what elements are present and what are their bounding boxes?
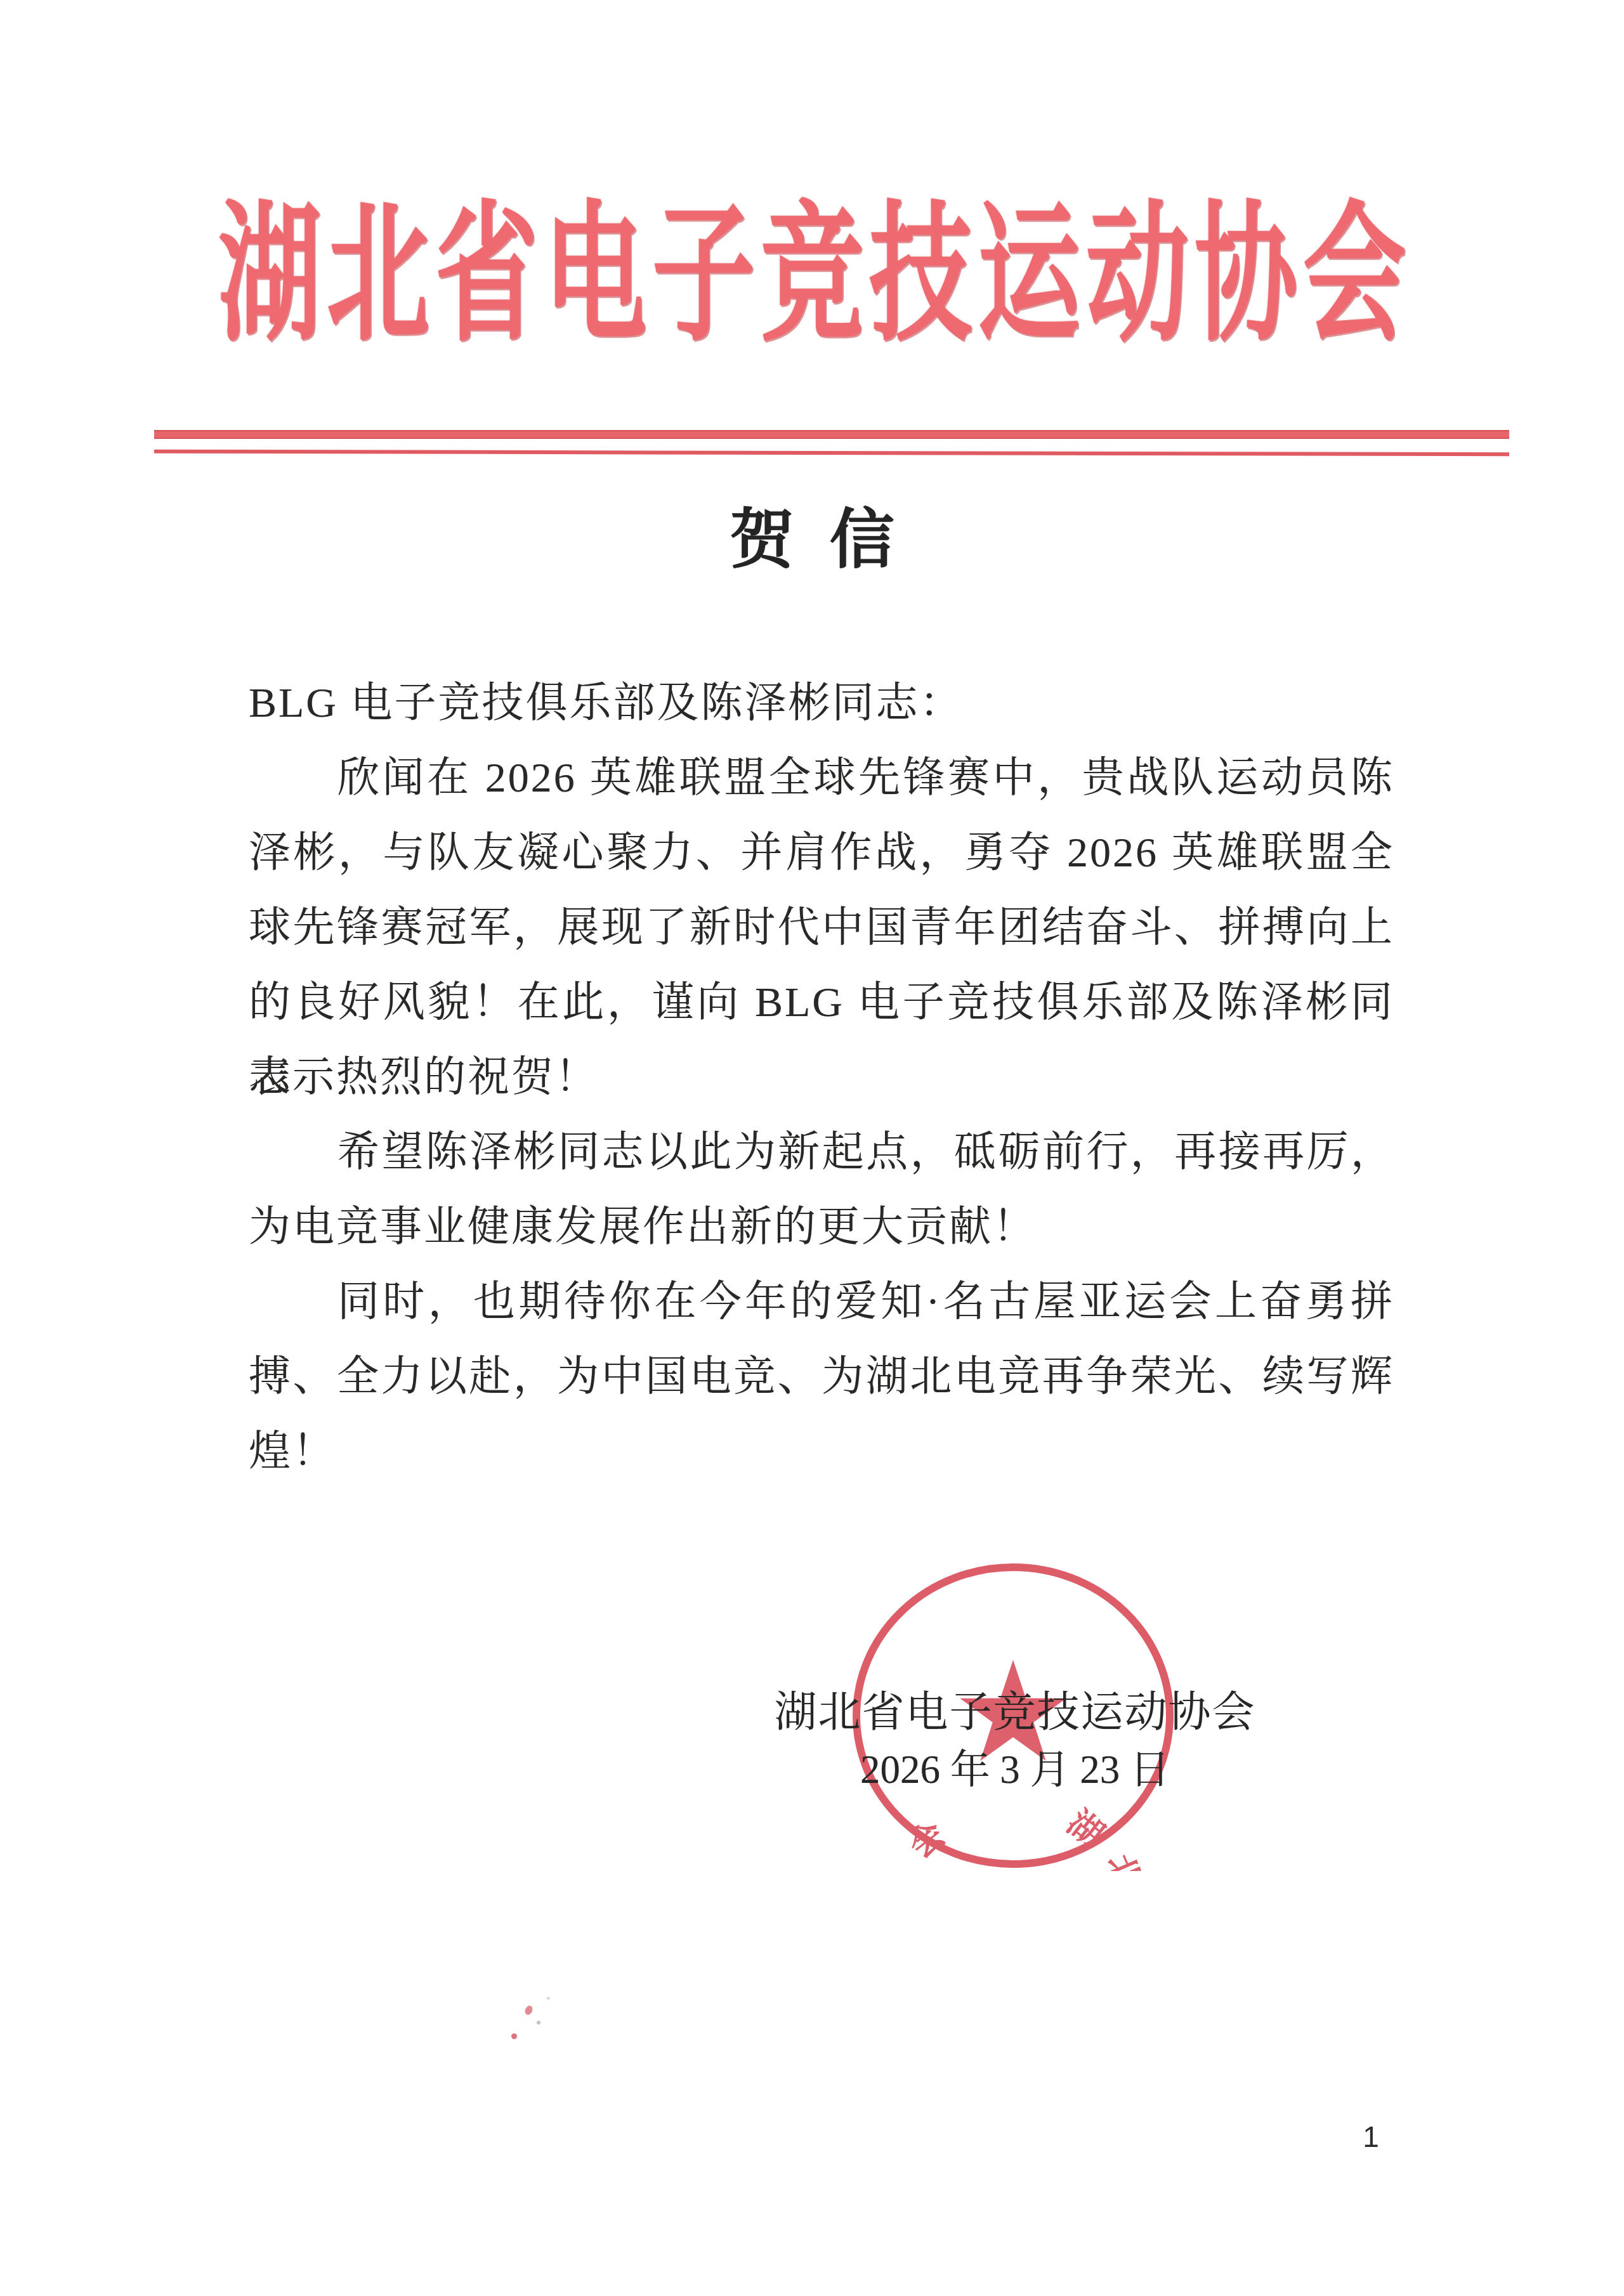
signature-org: 湖北省电子竞技运动协会 xyxy=(749,1687,1281,1738)
body-line: 泽彬，与队友凝心聚力、并肩作战，勇夺 2026 英雄联盟全 xyxy=(249,816,1394,890)
doc-title: 贺 信 xyxy=(0,506,1624,576)
scan-speck xyxy=(523,2004,534,2016)
body-line: 同时，也期待你在今年的爱知·名古屋亚运会上奋勇拼 xyxy=(249,1265,1394,1340)
letterhead-title: 湖北省电子竞技运动协会 xyxy=(0,202,1624,352)
page-number: 1 xyxy=(1349,2120,1393,2154)
letter-page: 湖北省电子竞技运动协会 贺 信 BLG 电子竞技俱乐部及陈泽彬同志： 欣闻在 2… xyxy=(0,0,1624,2296)
letterhead-rule-thin xyxy=(154,450,1509,456)
body-line: 欣闻在 2026 英雄联盟全球先锋赛中，贵战队运动员陈 xyxy=(249,741,1394,816)
body-line: 表示热烈的祝贺！ xyxy=(249,1040,1394,1115)
scan-speck xyxy=(547,1997,550,2000)
body-line: 的良好风貌！在此，谨向 BLG 电子竞技俱乐部及陈泽彬同志 xyxy=(249,965,1394,1040)
signature-date: 2026 年 3 月 23 日 xyxy=(749,1745,1281,1794)
scan-speck xyxy=(511,2033,517,2039)
body-line: 希望陈泽彬同志以此为新起点，砥砺前行，再接再厉， xyxy=(249,1115,1394,1190)
scan-speck xyxy=(537,2021,540,2025)
letterhead-rule-thick xyxy=(154,430,1509,439)
body-line: 为电竞事业健康发展作出新的更大贡献！ xyxy=(249,1190,1394,1265)
body-line: 煌！ xyxy=(249,1414,1394,1489)
letter-body: BLG 电子竞技俱乐部及陈泽彬同志： 欣闻在 2026 英雄联盟全球先锋赛中，贵… xyxy=(249,666,1394,1489)
body-line-salutation: BLG 电子竞技俱乐部及陈泽彬同志： xyxy=(249,666,1394,741)
body-line: 球先锋赛冠军，展现了新时代中国青年团结奋斗、拼搏向上 xyxy=(249,890,1394,965)
body-line: 搏、全力以赴，为中国电竞、为湖北电竞再争荣光、续写辉 xyxy=(249,1340,1394,1414)
